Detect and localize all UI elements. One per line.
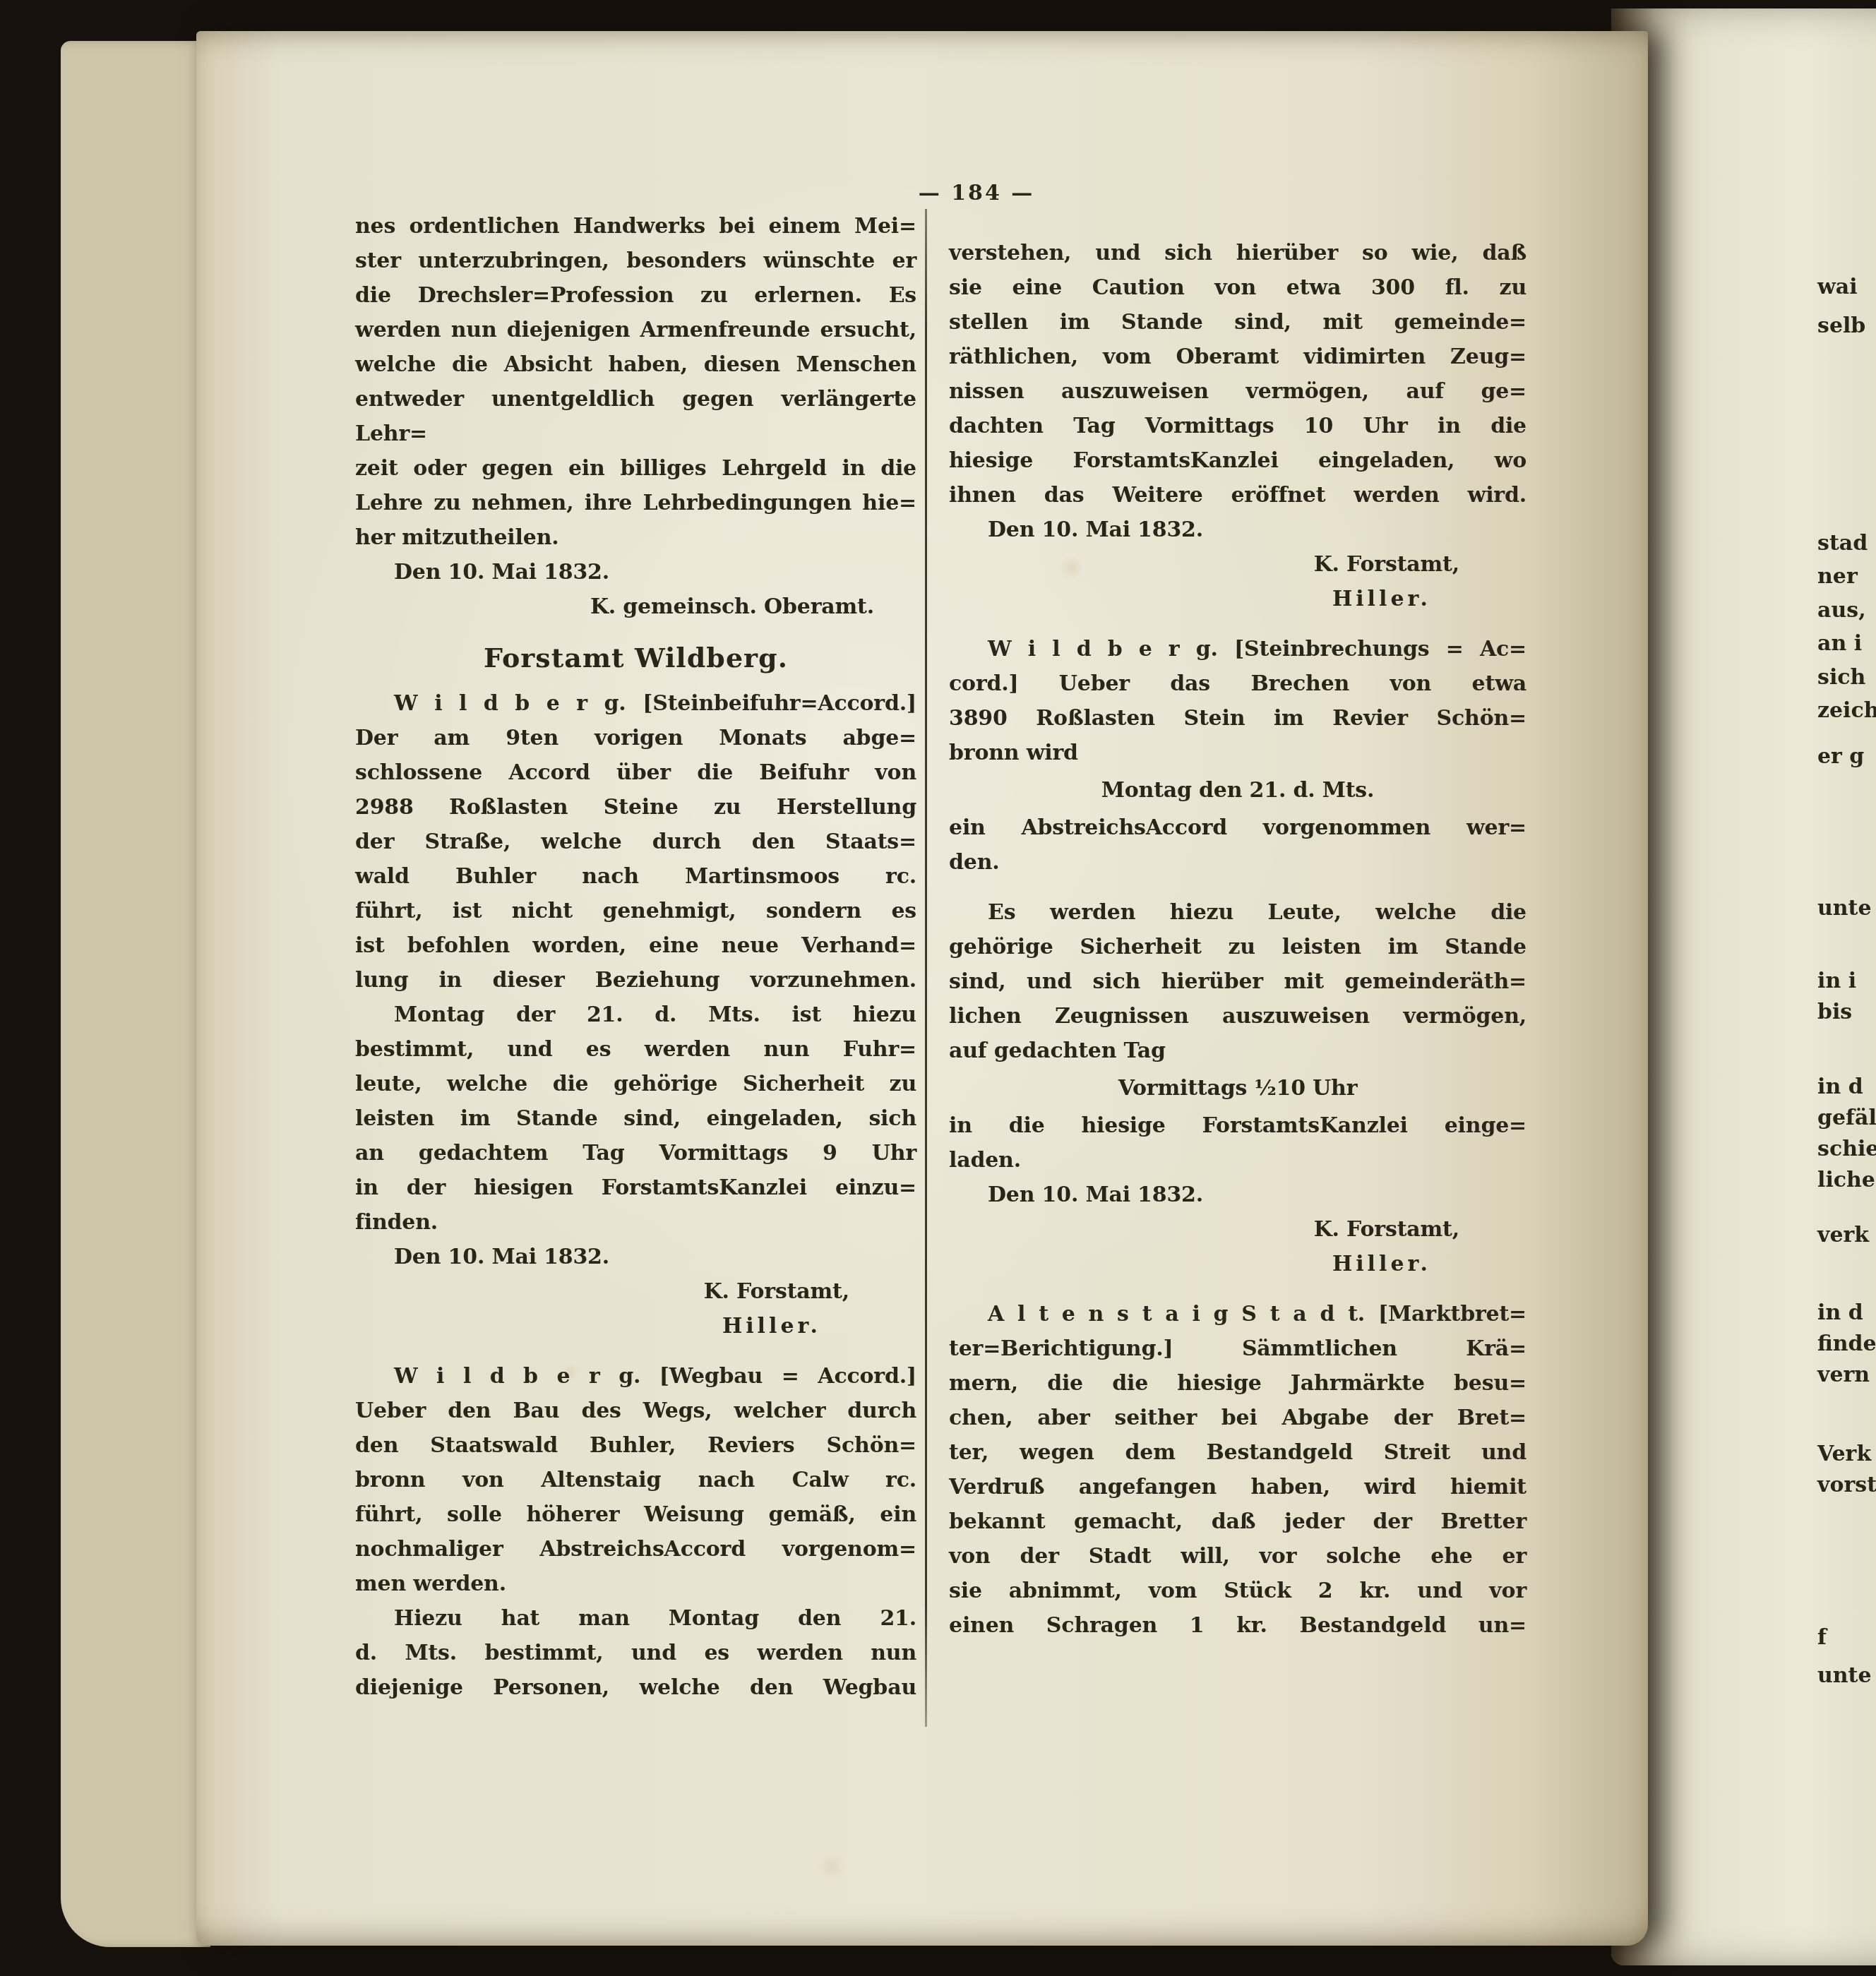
next-page-text-fragment: in d (1817, 1298, 1863, 1329)
text-line: laden. (949, 1143, 1527, 1178)
text-line: Hiller. (355, 1309, 916, 1343)
text-line: nes ordentlichen Handwerks bei einem Mei… (355, 209, 916, 244)
column-divider (925, 209, 927, 1727)
next-page-text-fragment: zeich (1817, 695, 1876, 726)
next-page-text-fragment: unte (1817, 893, 1872, 924)
text-line: lichen Zeugnissen auszuweisen vermögen, (949, 999, 1527, 1034)
next-page-text-fragment: unte (1817, 1660, 1872, 1691)
text-line: leisten im Stande sind, eingeladen, sich (355, 1101, 916, 1136)
text-line: schlossene Accord über die Beifuhr von (355, 755, 916, 790)
text-line: K. Forstamt, (949, 1212, 1527, 1247)
text-line: ter=Berichtigung.] Sämmtlichen Krä= (949, 1331, 1527, 1366)
next-page-text-fragment: stad (1817, 528, 1868, 559)
next-page-text-fragment: vern (1817, 1360, 1870, 1391)
text-line: K. gemeinsch. Oberamt. (355, 589, 916, 624)
text-line: wald Buhler nach Martinsmoos rc. (355, 859, 916, 894)
text-line: A l t e n s t a i g S t a d t. [Marktbre… (949, 1297, 1527, 1331)
text-line: W i l d b e r g. [Wegbau = Accord.] (355, 1359, 916, 1394)
text-line: ist befohlen worden, eine neue Verhand= (355, 928, 916, 963)
text-line: Forstamt Wildberg. (355, 640, 916, 676)
text-line: cord.] Ueber das Brechen von etwa (949, 666, 1527, 701)
text-line: 2988 Roßlasten Steine zu Herstellung (355, 790, 916, 825)
text-line: bekannt gemacht, daß jeder der Bretter (949, 1504, 1527, 1539)
column-right: verstehen, und sich hierüber so wie, daß… (949, 236, 1527, 1643)
text-line: sie eine Caution von etwa 300 fl. zu (949, 270, 1527, 305)
text-line: d. Mts. bestimmt, und es werden nun (355, 1636, 916, 1670)
text-line: Ueber den Bau des Wegs, welcher durch (355, 1394, 916, 1428)
text-line: zeit oder gegen ein billiges Lehrgeld in… (355, 451, 916, 486)
next-page-text-fragment: in d (1817, 1072, 1863, 1103)
next-page-text-fragment: bis (1817, 997, 1852, 1028)
text-line: Montag den 21. d. Mts. (949, 773, 1527, 808)
column-left: nes ordentlichen Handwerks bei einem Mei… (355, 209, 916, 1705)
text-line: ster unterzubringen, besonders wünschte … (355, 244, 916, 278)
next-page-text-fragment: f (1817, 1622, 1827, 1653)
next-page-text-fragment: in i (1817, 966, 1856, 997)
text-line: Den 10. Mai 1832. (355, 1240, 916, 1274)
text-line: dachten Tag Vormittags 10 Uhr in die (949, 409, 1527, 443)
text-line: an gedachtem Tag Vormittags 9 Uhr (355, 1136, 916, 1170)
next-page-text-fragment: vorst (1817, 1470, 1876, 1501)
text-line: 3890 Roßlasten Stein im Revier Schön= (949, 701, 1527, 736)
text-line: men werden. (355, 1567, 916, 1601)
text-line: ter, wegen dem Bestandgeld Streit und (949, 1435, 1527, 1470)
text-line: auf gedachten Tag (949, 1034, 1527, 1068)
text-line: finden. (355, 1205, 916, 1240)
text-line: in der hiesigen ForstamtsKanzlei einzu= (355, 1170, 916, 1205)
text-line: führt, ist nicht genehmigt, sondern es (355, 894, 916, 928)
next-page-text-fragment: schie (1817, 1134, 1876, 1165)
text-line: sind, und sich hierüber mit gemeinderäth… (949, 964, 1527, 999)
text-line: Den 10. Mai 1832. (949, 513, 1527, 547)
next-page-text-fragment: an i (1817, 628, 1862, 659)
text-line: werden nun diejenigen Armenfreunde ersuc… (355, 313, 916, 347)
text-line: ihnen das Weitere eröffnet werden wird. (949, 478, 1527, 513)
text-line: gehörige Sicherheit zu leisten im Stande (949, 930, 1527, 964)
text-line: bronn wird (949, 736, 1527, 770)
next-page-text-fragment: wai (1817, 272, 1858, 303)
next-page-text-fragment: verk (1817, 1220, 1869, 1251)
text-line: Den 10. Mai 1832. (949, 1178, 1527, 1212)
text-line: den. (949, 845, 1527, 880)
text-line: Lehre zu nehmen, ihre Lehrbedingungen hi… (355, 486, 916, 520)
text-line: bronn von Altenstaig nach Calw rc. (355, 1463, 916, 1497)
text-line: W i l d b e r g. [Steinbeifuhr=Accord.] (355, 686, 916, 721)
text-line: leute, welche die gehörige Sicherheit zu (355, 1067, 916, 1101)
text-line: in die hiesige ForstamtsKanzlei einge= (949, 1108, 1527, 1143)
text-line: mern, die die hiesige Jahrmärkte besu= (949, 1366, 1527, 1401)
book-scan-background: waiselbstadneraus,an isichzeicher guntei… (0, 0, 1876, 1976)
text-line: von der Stadt will, vor solche ehe er (949, 1539, 1527, 1574)
text-line: ein AbstreichsAccord vorgenommen wer= (949, 810, 1527, 845)
text-line: nissen auszuweisen vermögen, auf ge= (949, 374, 1527, 409)
text-line: die Drechsler=Profession zu erlernen. Es (355, 278, 916, 313)
text-line: bestimmt, und es werden nun Fuhr= (355, 1032, 916, 1067)
text-line: Montag der 21. d. Mts. ist hiezu (355, 998, 916, 1032)
next-page-text-fragment: selb (1817, 311, 1865, 342)
text-line: Vormittags ½10 Uhr (949, 1071, 1527, 1106)
text-line: verstehen, und sich hierüber so wie, daß (949, 236, 1527, 270)
next-page-text-fragment: er g (1817, 741, 1864, 772)
text-line: räthlichen, vom Oberamt vidimirten Zeug= (949, 340, 1527, 374)
text-line: nochmaliger AbstreichsAccord vorgenom= (355, 1532, 916, 1567)
text-line: Den 10. Mai 1832. (355, 555, 916, 589)
text-line: hiesige ForstamtsKanzlei eingeladen, wo (949, 443, 1527, 478)
text-line: Es werden hiezu Leute, welche die (949, 895, 1527, 930)
text-line: Der am 9ten vorigen Monats abge= (355, 721, 916, 755)
text-line: den Staatswald Buhler, Reviers Schön= (355, 1428, 916, 1463)
text-line: Verdruß angefangen haben, wird hiemit (949, 1470, 1527, 1504)
next-page-edge: waiselbstadneraus,an isichzeicher guntei… (1611, 8, 1876, 1965)
text-line: welche die Absicht haben, diesen Mensche… (355, 347, 916, 382)
book-page: — 184 — nes ordentlichen Handwerks bei e… (196, 31, 1648, 1946)
text-line: einen Schragen 1 kr. Bestandgeld un= (949, 1608, 1527, 1643)
text-line: sie abnimmt, vom Stück 2 kr. und vor (949, 1574, 1527, 1608)
text-line: Hiller. (949, 582, 1527, 616)
text-line: chen, aber seither bei Abgabe der Bret= (949, 1401, 1527, 1435)
page-edge-stack (61, 41, 210, 1947)
next-page-text-fragment: gefäl (1817, 1103, 1876, 1134)
page-number: — 184 — (919, 181, 1035, 205)
next-page-text-fragment: ner (1817, 561, 1858, 592)
next-page-text-fragment: sich (1817, 662, 1865, 693)
text-line: diejenige Personen, welche den Wegbau (355, 1670, 916, 1705)
text-line: Hiezu hat man Montag den 21. (355, 1601, 916, 1636)
text-line: entweder unentgeldlich gegen verlängerte… (355, 382, 916, 451)
text-line: Hiller. (949, 1247, 1527, 1281)
text-line: der Straße, welche durch den Staats= (355, 825, 916, 859)
next-page-text-fragment: liche (1817, 1165, 1875, 1196)
text-line: K. Forstamt, (355, 1274, 916, 1309)
text-line: K. Forstamt, (949, 547, 1527, 582)
text-line: lung in dieser Beziehung vorzunehmen. (355, 963, 916, 998)
next-page-text-fragment: Verk (1817, 1439, 1871, 1470)
next-page-text-fragment: finde (1817, 1329, 1876, 1360)
text-line: stellen im Stande sind, mit gemeinde= (949, 305, 1527, 340)
next-page-text-fragment: aus, (1817, 595, 1866, 626)
text-line: führt, solle höherer Weisung gemäß, ein (355, 1497, 916, 1532)
text-line: her mitzutheilen. (355, 520, 916, 555)
text-line: W i l d b e r g. [Steinbrechungs = Ac= (949, 632, 1527, 666)
